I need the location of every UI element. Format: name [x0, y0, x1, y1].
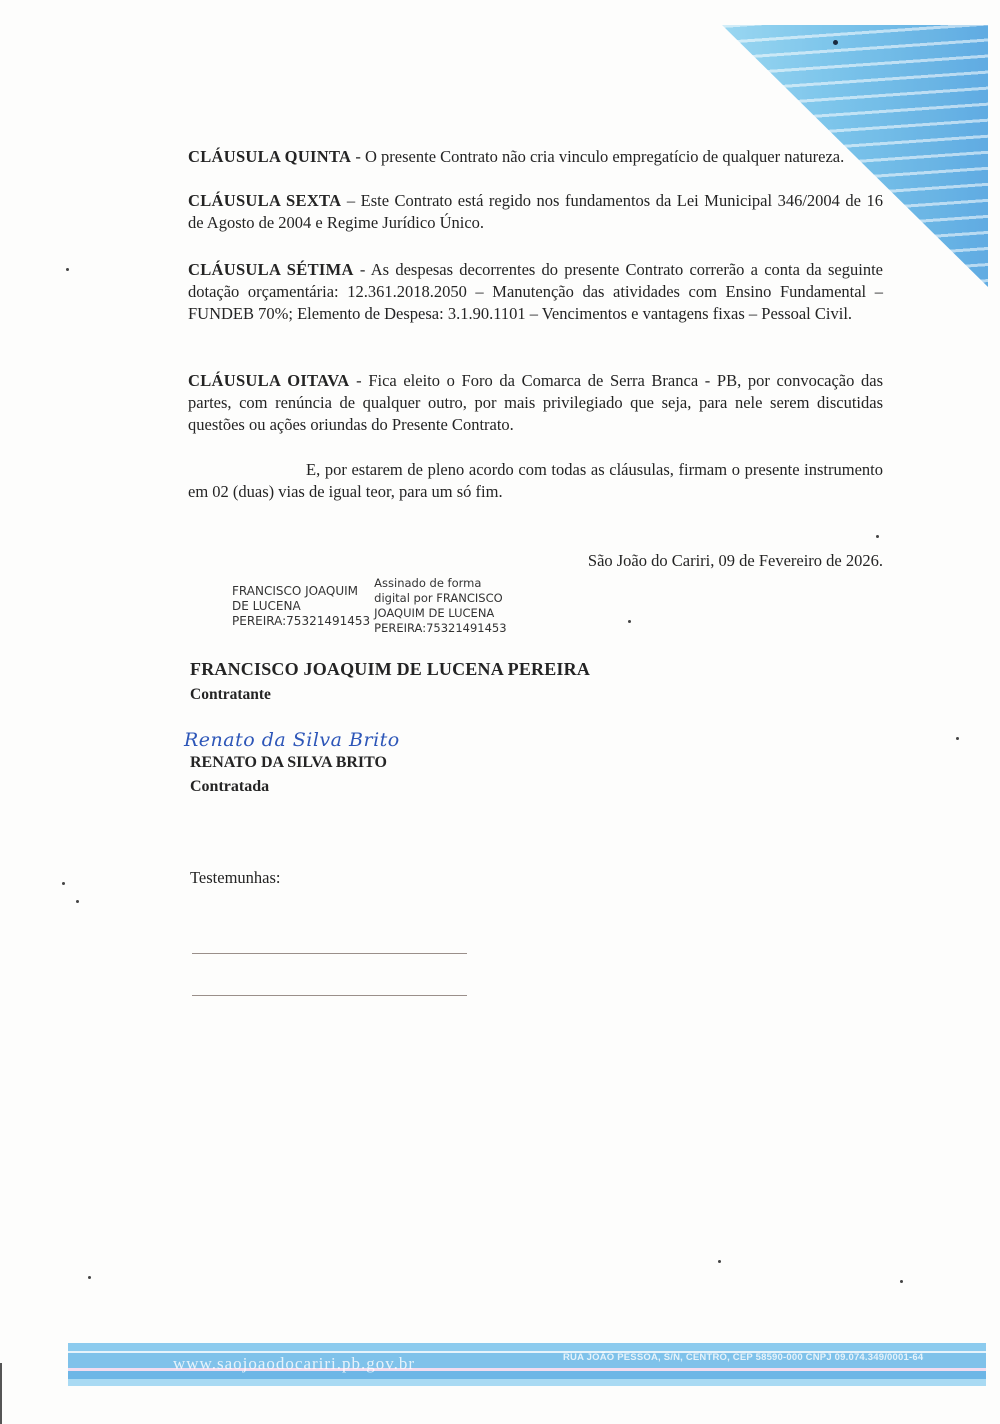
footer-address: RUA JOÃO PESSOA, S/N, CENTRO, CEP 58590-… — [563, 1352, 923, 1363]
footer-band: www.saojoaodocariri.pb.gov.br RUA JOÃO P… — [68, 1343, 986, 1386]
scan-speck — [956, 737, 959, 740]
contractor-role: Contratante — [190, 686, 271, 704]
clause-heading: CLÁUSULA SÉTIMA — [188, 260, 354, 279]
contracted-name: RENATO DA SILVA BRITO — [190, 754, 387, 772]
scan-speck — [718, 1260, 721, 1263]
place-date: São João do Cariri, 09 de Fevereiro de 2… — [588, 551, 883, 571]
scan-speck — [876, 535, 879, 538]
clause-heading: CLÁUSULA OITAVA — [188, 371, 350, 390]
scan-speck — [833, 40, 838, 45]
digital-signature-stamp: FRANCISCO JOAQUIM DE LUCENA PEREIRA:7532… — [232, 576, 507, 636]
witness-signature-line — [192, 995, 467, 996]
clause-heading: CLÁUSULA QUINTA — [188, 147, 351, 166]
contracted-role: Contratada — [190, 778, 269, 796]
handwritten-signature: Renato da Silva Brito — [184, 729, 400, 751]
scan-speck — [628, 620, 631, 623]
scan-speck — [66, 268, 69, 271]
scan-speck — [62, 882, 65, 885]
scan-speck — [76, 900, 79, 903]
closing-statement: E, por estarem de pleno acordo com todas… — [188, 459, 883, 503]
clause-oitava: CLÁUSULA OITAVA - Fica eleito o Foro da … — [188, 370, 883, 436]
clause-heading: CLÁUSULA SEXTA — [188, 191, 341, 210]
footer-website: www.saojoaodocariri.pb.gov.br — [173, 1354, 415, 1374]
clause-sexta: CLÁUSULA SEXTA – Este Contrato está regi… — [188, 190, 883, 234]
digital-signature-note: Assinado de forma digital por FRANCISCO … — [374, 576, 506, 636]
scan-speck — [88, 1276, 91, 1279]
contractor-name: FRANCISCO JOAQUIM DE LUCENA PEREIRA — [190, 659, 590, 680]
clause-text: O presente Contrato não cria vinculo emp… — [365, 147, 844, 166]
clause-quinta: CLÁUSULA QUINTA - O presente Contrato nã… — [188, 146, 883, 168]
scan-speck — [900, 1280, 903, 1283]
scan-edge — [0, 1363, 2, 1424]
clause-setima: CLÁUSULA SÉTIMA - As despesas decorrente… — [188, 259, 883, 325]
witnesses-label: Testemunhas: — [190, 868, 281, 888]
digital-signature-signer: FRANCISCO JOAQUIM DE LUCENA PEREIRA:7532… — [232, 576, 370, 636]
witness-signature-line — [192, 953, 467, 954]
